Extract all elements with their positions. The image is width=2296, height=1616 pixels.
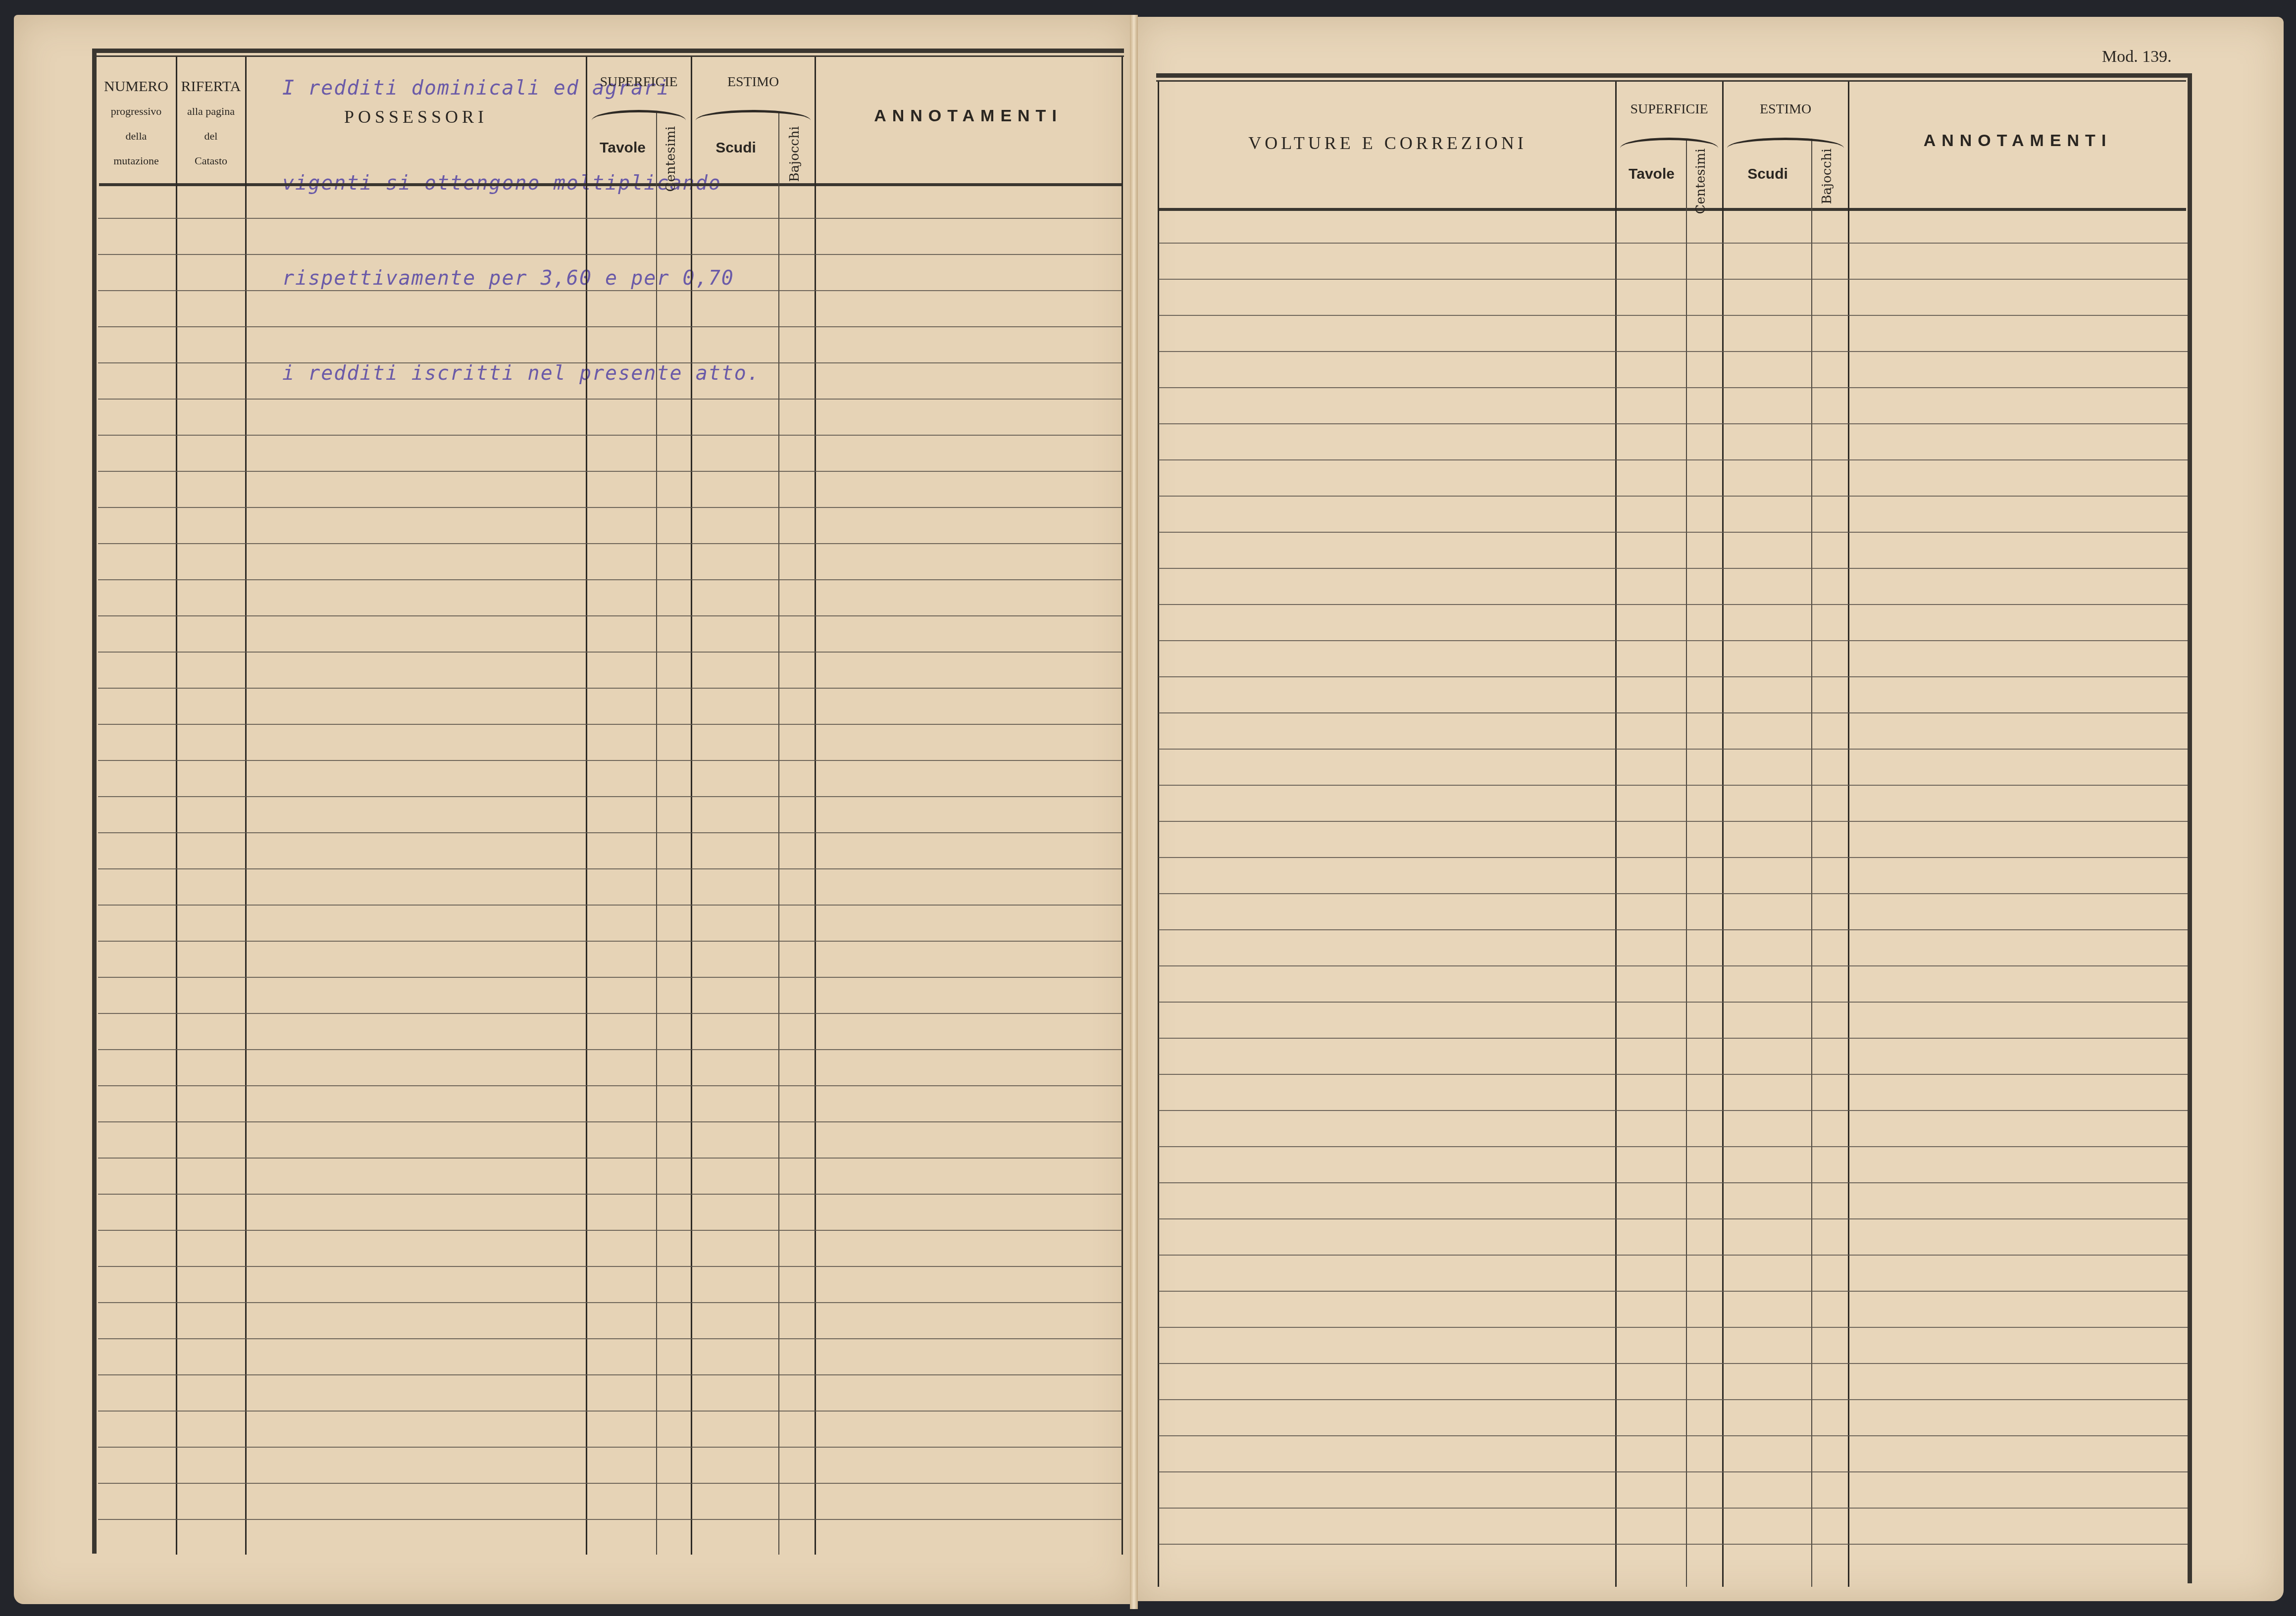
row-rule [1159,1544,2188,1545]
book-gutter [1130,15,1138,1609]
row-rule [1159,496,2188,497]
row-rule [98,543,1122,544]
row-rule [98,290,1122,291]
form-number: Mod. 139. [2102,48,2172,66]
col-divider [1615,82,1617,1587]
numero-sub: progressivo [97,99,176,124]
col-possessori-header: POSSESSORI [248,106,584,127]
row-rule [98,1483,1122,1484]
row-rule [98,471,1122,472]
superficie-tavole: Tavole [589,140,656,156]
numero-sub: mutazione [97,149,176,173]
col-divider [691,57,692,1555]
row-rule [98,1049,1122,1050]
header-bottom-rule [1159,208,2186,211]
col-divider [815,57,816,1555]
row-rule [98,1121,1122,1122]
estimo-bajocchi: Bajocchi [787,126,802,182]
col-annotamenti-header: ANNOTAMENTI [816,106,1121,126]
col-estimo-header: ESTIMO [692,74,815,90]
col-divider [1158,82,1159,1587]
row-rule [98,435,1122,436]
row-rule [1159,857,2188,858]
row-rule [1159,1255,2188,1256]
row-rule [1159,1291,2188,1292]
row-rule [1159,1327,2188,1328]
row-rule [98,1447,1122,1448]
stamp-line-3: rispettivamente per 3,60 e per 0,70 [282,262,760,294]
row-rule [98,941,1122,942]
superficie-tavole: Tavole [1617,166,1686,183]
row-rule [98,1519,1122,1520]
col-divider-minor [1686,139,1687,1587]
row-rule [98,832,1122,833]
row-rule [1159,351,2188,352]
row-rule [98,1266,1122,1267]
col-volture-header: VOLTURE E CORREZIONI [1161,133,1614,153]
col-annotamenti-header: ANNOTAMENTI [1849,131,2186,151]
row-rule [1159,712,2188,713]
col-estimo-header: ESTIMO [1723,101,1848,117]
row-rule [1159,965,2188,966]
row-rule [1159,1146,2188,1147]
row-rule [98,760,1122,761]
row-rule [98,1158,1122,1159]
row-rule [98,977,1122,978]
row-rule [98,507,1122,508]
col-divider [176,57,177,1555]
row-rule [1159,1110,2188,1111]
col-divider [245,57,247,1555]
header-bottom-rule [99,183,1123,186]
row-rule [1159,423,2188,424]
row-rule [1159,1182,2188,1183]
row-rule [98,1411,1122,1412]
col-divider [1722,82,1724,1587]
row-rule [1159,315,2188,316]
col-superficie-header: SUPERFICIE [1616,101,1722,117]
row-rule [1159,604,2188,605]
row-rule [1159,640,2188,641]
riferta-title: RIFERTA [177,74,245,99]
row-rule [98,326,1122,327]
row-rule [1159,1218,2188,1219]
row-rule [1159,1002,2188,1003]
numero-sub: della [97,124,176,149]
row-rule [98,1230,1122,1231]
row-rule [98,1338,1122,1339]
row-rule [1159,243,2188,244]
row-rule [1159,532,2188,533]
row-rule [98,362,1122,363]
top-double-rule [94,49,1124,53]
numero-title: NUMERO [97,74,176,99]
top-double-rule [1156,73,2191,78]
left-border [92,49,97,1554]
row-rule [98,218,1122,219]
row-rule [98,724,1122,725]
row-rule [98,1085,1122,1086]
riferta-sub: Catasto [177,149,245,173]
row-rule [98,615,1122,616]
row-rule [98,1013,1122,1014]
row-rule [1159,279,2188,280]
col-riferta-header: RIFERTA alla pagina del Catasto [177,74,245,173]
row-rule [1159,1074,2188,1075]
riferta-sub: del [177,124,245,149]
row-rule [1159,1435,2188,1436]
row-rule [98,905,1122,906]
row-rule [1159,749,2188,750]
riferta-sub: alla pagina [177,99,245,124]
top-double-rule-thin [1156,80,2186,82]
estimo-scudi: Scudi [693,140,778,156]
row-rule [1159,893,2188,894]
estimo-bajocchi: Bajocchi [1820,149,1835,204]
row-rule [1159,785,2188,786]
stamp-text: I redditi dominicali ed agrari vigenti s… [282,9,760,421]
superficie-centesimi: Centesimi [663,126,678,192]
col-numero-header: NUMERO progressivo della mutazione [97,74,176,173]
row-rule [1159,568,2188,569]
col-divider [1848,82,1849,1587]
row-rule [98,254,1122,255]
row-rule [98,652,1122,653]
row-rule [98,868,1122,869]
row-rule [1159,387,2188,388]
col-divider [1122,57,1123,1555]
row-rule [98,579,1122,580]
superficie-centesimi: Centesimi [1693,149,1708,214]
row-rule [1159,1363,2188,1364]
row-rule [98,399,1122,400]
row-rule [1159,1399,2188,1400]
estimo-scudi: Scudi [1724,166,1811,183]
row-rule [1159,676,2188,677]
col-divider-minor [1811,139,1812,1587]
col-divider [586,57,587,1555]
right-border [2188,73,2192,1583]
row-rule [98,1302,1122,1303]
row-rule [1159,1471,2188,1472]
row-rule [1159,929,2188,930]
row-rule [98,1374,1122,1375]
top-double-rule-thin [94,55,1124,57]
row-rule [98,1194,1122,1195]
col-superficie-header: SUPERFICIE [587,74,691,90]
row-rule [98,796,1122,797]
row-rule [1159,1038,2188,1039]
row-rule [98,688,1122,689]
row-rule [1159,821,2188,822]
row-rule [1159,1508,2188,1509]
row-rule [1159,459,2188,460]
